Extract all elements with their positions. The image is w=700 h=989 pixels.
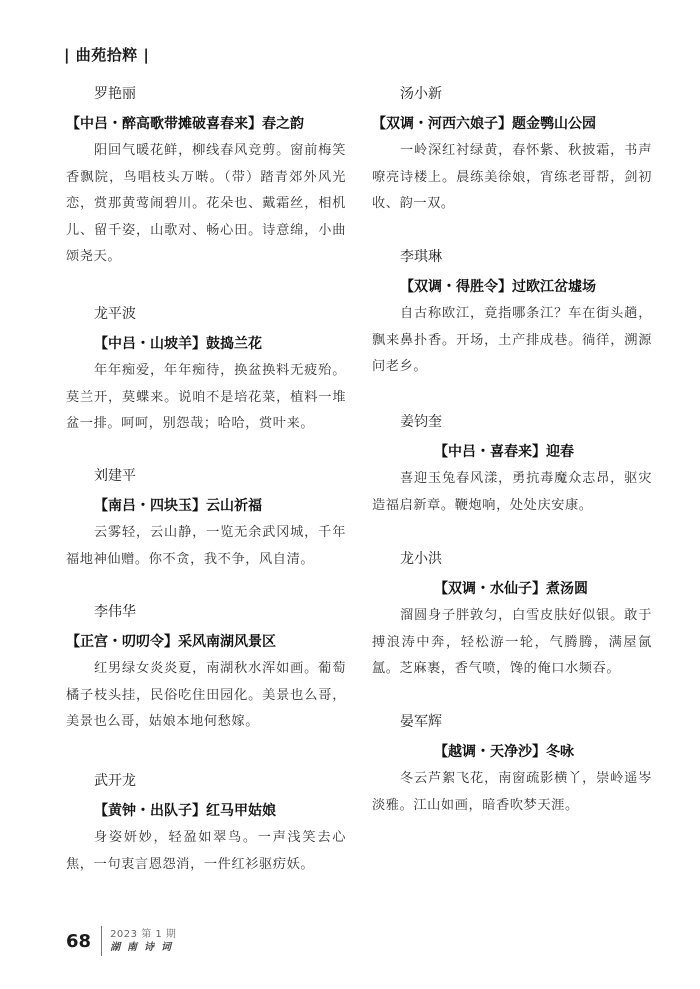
poem: 李伟华 【正宫・叨叨令】采风南湖风景区 红男绿女炎炎夏，南湖秋水浑如画。葡萄橘子… bbox=[66, 602, 346, 736]
poem: 龙小洪 【双调・水仙子】煮汤圆 溜圆身子胖敦匀，白雪皮肤好似银。敢于搏浪涛中奔，… bbox=[372, 549, 652, 683]
poem: 龙平波 【中吕・山坡羊】鼓捣兰花 年年痴爱，年年痴待，换盆换料无疲殆。莫兰开，莫… bbox=[66, 304, 346, 438]
poem-title: 【南吕・四块玉】云山祈福 bbox=[94, 494, 346, 518]
issue-label: 2023 第 1 期 bbox=[110, 929, 178, 941]
poem-body: 自古称欧江，竟指哪条江？车在街头趟，飘来鼻扑香。开场，土产排成巷。徜徉，溯源问老… bbox=[372, 301, 652, 381]
poem: 晏军辉 【越调・天净沙】冬咏 冬云芦絮飞花，南窗疏影横丫，崇岭遥岑淡雅。江山如画… bbox=[372, 712, 652, 819]
poem-body: 阳回气暖花鲜，柳线春风竞剪。窗前梅笑香飘院，鸟唱枝头万啭。（带）踏青郊外风光恋，… bbox=[66, 138, 346, 271]
poem-author: 罗艳丽 bbox=[94, 84, 346, 104]
poem-author: 李琪琳 bbox=[400, 247, 652, 267]
poem-title: 【双调・得胜令】过欧江岔墟场 bbox=[400, 275, 652, 299]
poem-author: 姜钧奎 bbox=[400, 412, 652, 432]
poem-body: 溜圆身子胖敦匀，白雪皮肤好似银。敢于搏浪涛中奔，轻松游一轮，气腾腾，满屋氤氲。芝… bbox=[372, 603, 652, 683]
poem-title: 【正宫・叨叨令】采风南湖风景区 bbox=[66, 630, 346, 654]
poem-author: 龙平波 bbox=[94, 304, 346, 324]
footer-divider bbox=[101, 926, 102, 956]
poem-author: 武开龙 bbox=[94, 771, 346, 791]
poem-title: 【黄钟・出队子】红马甲姑娘 bbox=[94, 799, 346, 823]
poem-body: 一岭深红衬绿黄，春怀紫、秋披霜，书声嘹亮诗楼上。晨练美徐娘，宵练老哥帮，剑初收、… bbox=[372, 138, 652, 218]
poem-title: 【中吕・醉高歌带摊破喜春来】春之韵 bbox=[66, 112, 346, 136]
page-footer: 68 2023 第 1 期 湖南诗词 bbox=[66, 926, 178, 956]
section-header: | 曲苑拾粹 | bbox=[64, 44, 149, 65]
poem-body: 年年痴爱，年年痴待，换盆换料无疲殆。莫兰开，莫蝶来。说咱不是培花菜，植料一堆盆一… bbox=[66, 358, 346, 438]
poem-title: 【越调・天净沙】冬咏 bbox=[434, 740, 652, 764]
poem: 刘建平 【南吕・四块玉】云山祈福 云雾轻，云山静，一览无余武冈城，千年福地神仙赠… bbox=[66, 466, 346, 573]
page-number: 68 bbox=[66, 931, 91, 952]
poem: 汤小新 【双调・河西六娘子】题金鹗山公园 一岭深红衬绿黄，春怀紫、秋披霜，书声嘹… bbox=[372, 84, 652, 218]
poem-author: 李伟华 bbox=[94, 602, 346, 622]
magazine-name: 湖南诗词 bbox=[110, 941, 178, 954]
poem: 武开龙 【黄钟・出队子】红马甲姑娘 身姿妍妙，轻盈如翠鸟。一声浅笑去心焦，一句衷… bbox=[66, 771, 346, 878]
poem: 姜钧奎 【中吕・喜春来】迎春 喜迎玉兔春风漾，勇抗毒魔众志昂，驱灾造福启新章。鞭… bbox=[372, 412, 652, 519]
poem-title: 【双调・河西六娘子】题金鹗山公园 bbox=[372, 112, 652, 136]
poem-title: 【双调・水仙子】煮汤圆 bbox=[434, 577, 652, 601]
poem-title: 【中吕・山坡羊】鼓捣兰花 bbox=[94, 332, 346, 356]
poem-author: 龙小洪 bbox=[400, 549, 652, 569]
poem-author: 刘建平 bbox=[94, 466, 346, 486]
poem-body: 红男绿女炎炎夏，南湖秋水浑如画。葡萄橘子枝头挂，民俗吃住田园化。美景也么哥，美景… bbox=[66, 656, 346, 736]
poem-body: 身姿妍妙，轻盈如翠鸟。一声浅笑去心焦，一句衷言恩怨消，一件红衫驱疠妖。 bbox=[66, 825, 346, 878]
poem-title: 【中吕・喜春来】迎春 bbox=[434, 440, 652, 464]
footer-info: 2023 第 1 期 湖南诗词 bbox=[110, 929, 178, 954]
poem: 罗艳丽 【中吕・醉高歌带摊破喜春来】春之韵 阳回气暖花鲜，柳线春风竞剪。窗前梅笑… bbox=[66, 84, 346, 271]
poem-body: 云雾轻，云山静，一览无余武冈城，千年福地神仙赠。你不贪，我不争，风自清。 bbox=[66, 520, 346, 573]
poem-author: 晏军辉 bbox=[400, 712, 652, 732]
poem-body: 冬云芦絮飞花，南窗疏影横丫，崇岭遥岑淡雅。江山如画，暗香吹梦天涯。 bbox=[372, 766, 652, 819]
poem-author: 汤小新 bbox=[400, 84, 652, 104]
poem-body: 喜迎玉兔春风漾，勇抗毒魔众志昂，驱灾造福启新章。鞭炮响，处处庆安康。 bbox=[372, 466, 652, 519]
poem: 李琪琳 【双调・得胜令】过欧江岔墟场 自古称欧江，竟指哪条江？车在街头趟，飘来鼻… bbox=[372, 247, 652, 381]
